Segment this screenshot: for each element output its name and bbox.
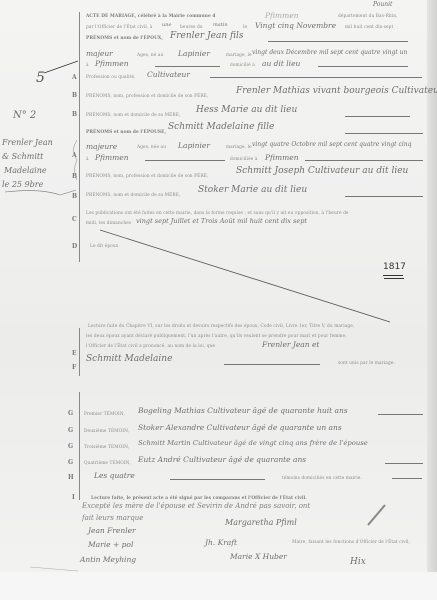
signature-flourish [30,567,78,571]
margin-bracket-stroke [5,190,76,195]
margin-brace [74,140,78,180]
diagonal-cancel-line [100,230,390,322]
pen-strokes [0,0,437,600]
margin-pointer-line [44,61,78,73]
quill-mark [368,505,385,525]
